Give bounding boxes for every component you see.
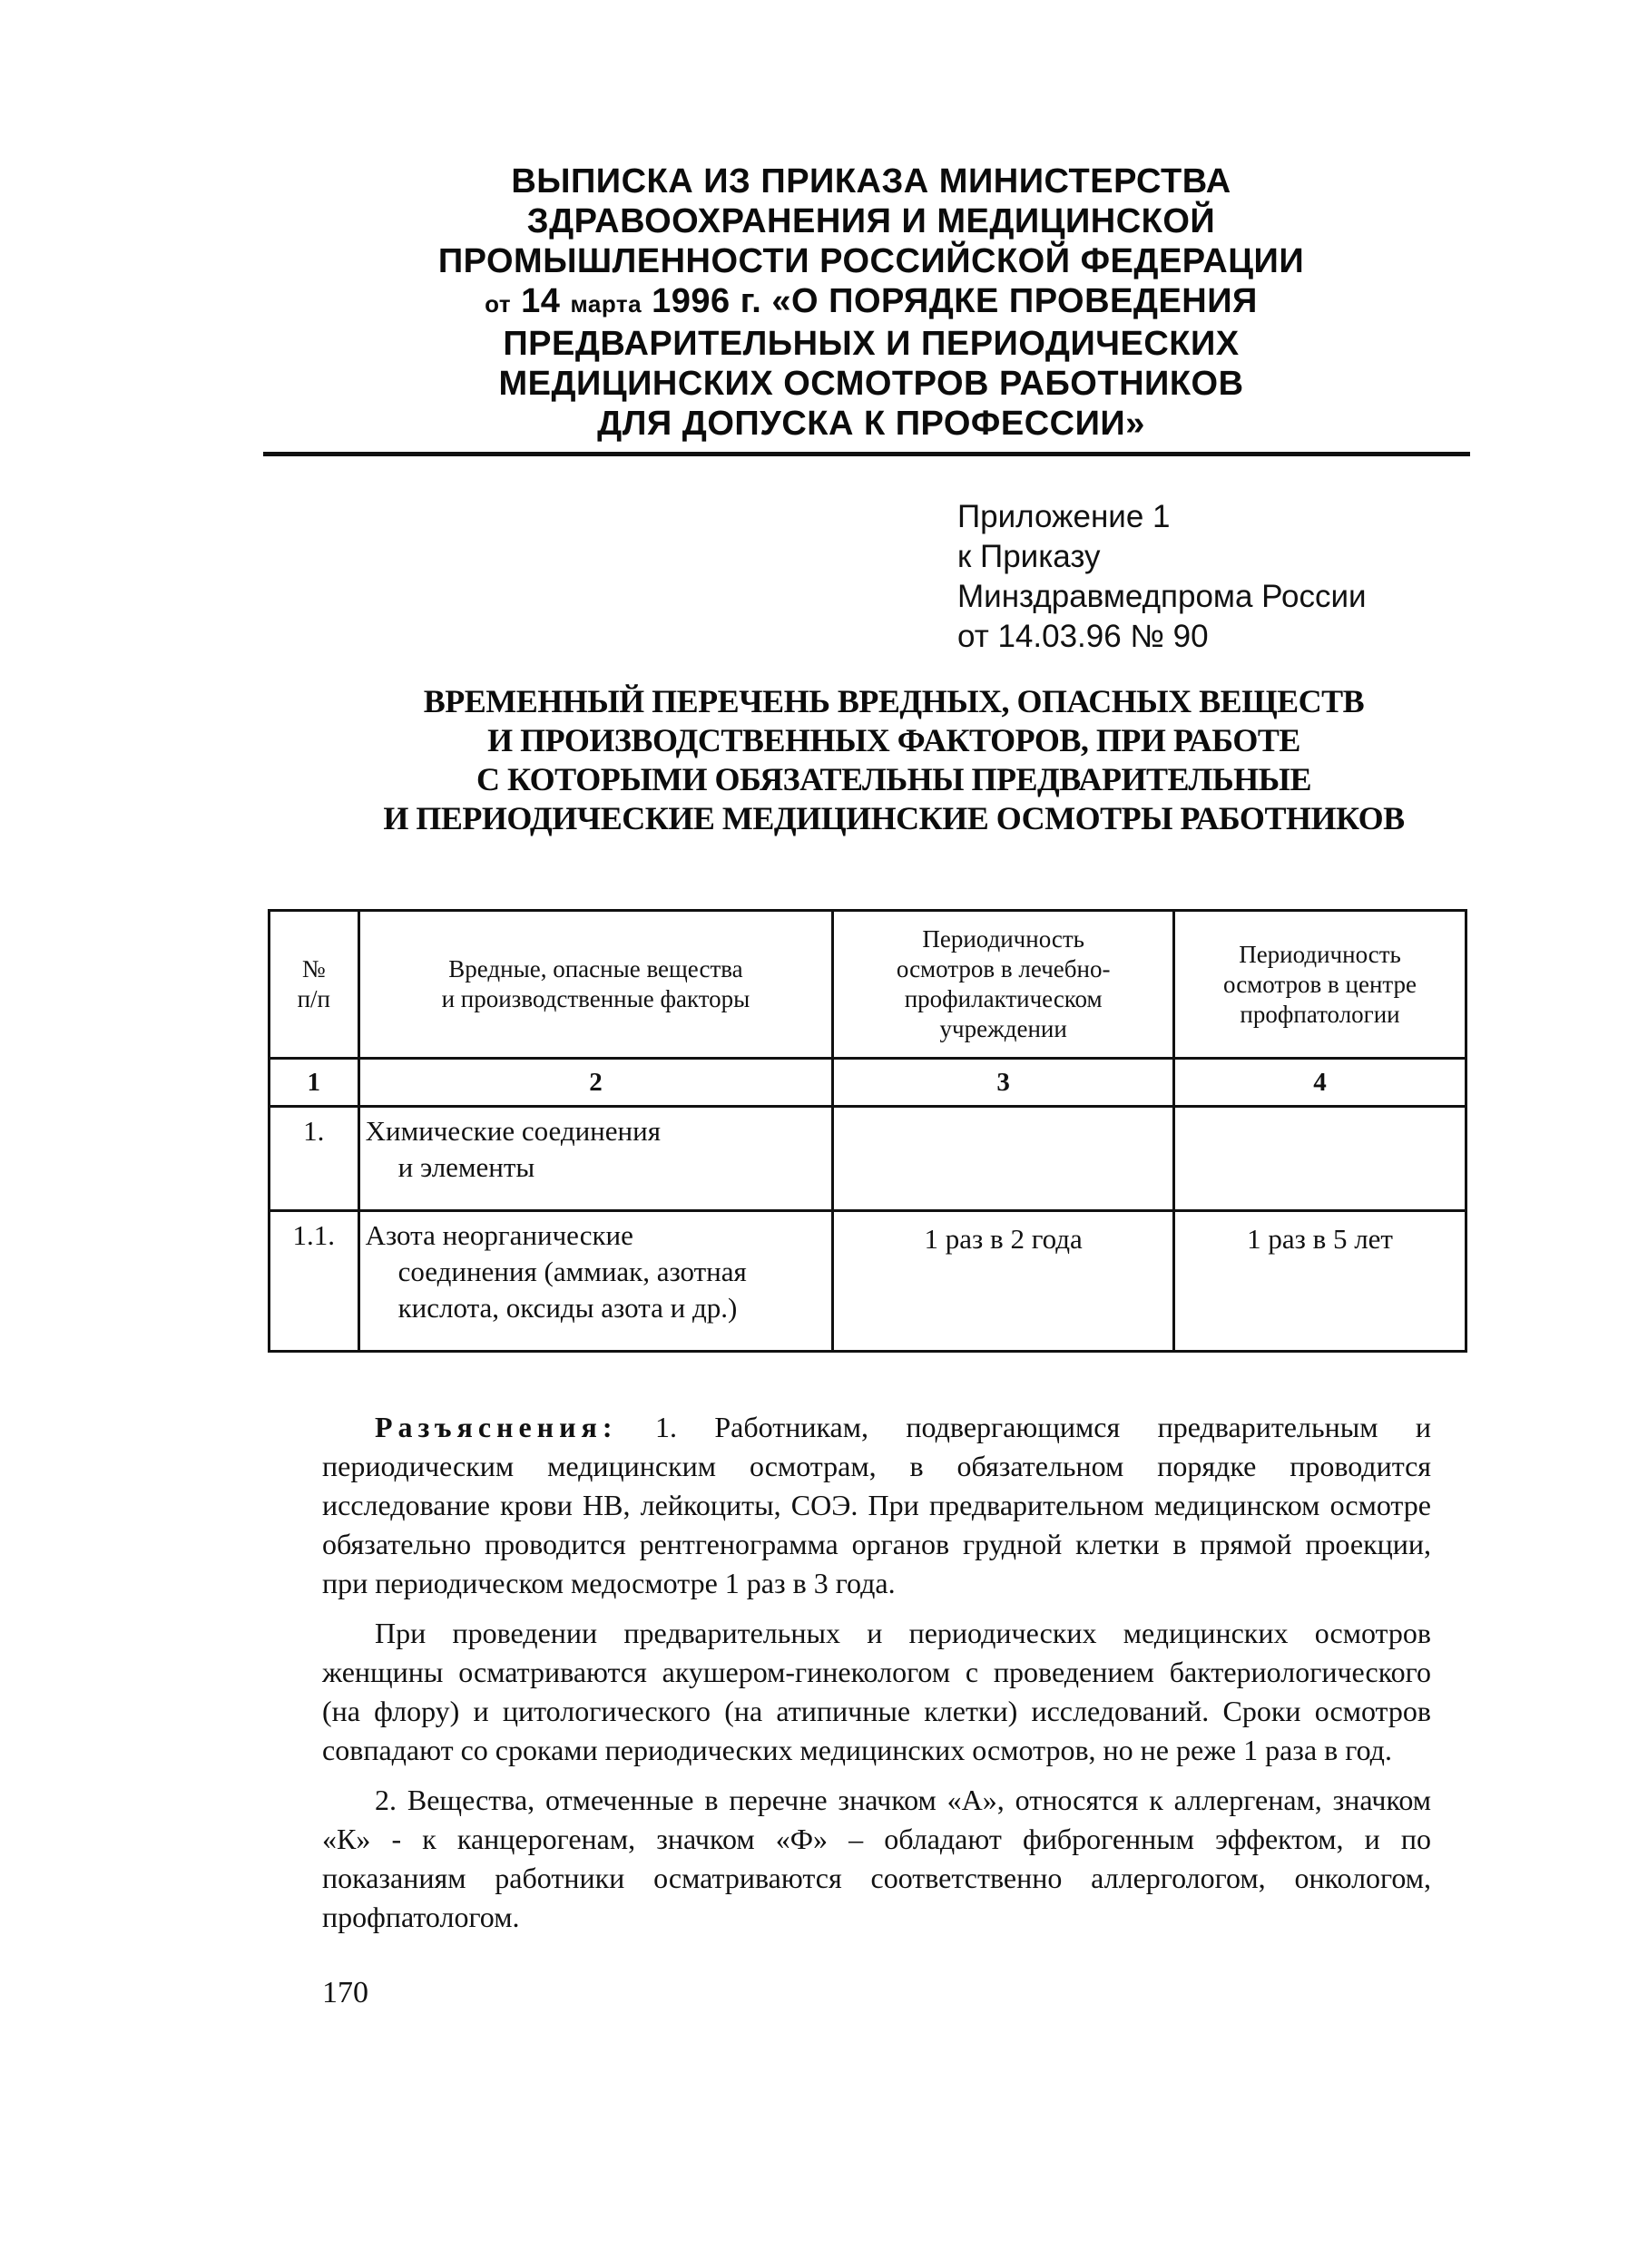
header-line: МЕДИЦИНСКИХ ОСМОТРОВ РАБОТНИКОВ (399, 364, 1343, 404)
column-number: 1 (270, 1059, 359, 1107)
hazards-table: №п/п Вредные, опасные веществаи производ… (268, 909, 1467, 1353)
date-month: марта (571, 290, 642, 318)
row-periodicity-center (1174, 1107, 1466, 1211)
list-title-line: и периодические медицинские осмотры рабо… (345, 799, 1443, 838)
header-substances: Вредные, опасные веществаи производствен… (358, 911, 833, 1059)
column-number: 2 (358, 1059, 833, 1107)
appendix-line: Приложение 1 (957, 497, 1429, 537)
page-number: 170 (322, 1976, 368, 2010)
explanation-paragraph-1: Разъяснения: 1. Работникам, подвергающим… (322, 1408, 1431, 1603)
appendix-reference: Приложение 1 к Приказу Минздравмедпрома … (957, 497, 1429, 657)
column-number: 3 (833, 1059, 1174, 1107)
table-row: 1.1. Азота неорганические соединения (ам… (270, 1211, 1466, 1352)
date-rest: 1996 г. «О ПОРЯДКЕ ПРОВЕДЕНИЯ (652, 282, 1258, 320)
list-title: Временный перечень вредных, опасных веще… (345, 682, 1443, 838)
header-line: ПРОМЫШЛЕННОСТИ РОССИЙСКОЙ ФЕДЕРАЦИИ (399, 241, 1343, 281)
header-periodicity-clinic: Периодичностьосмотров в лечебно-профилак… (833, 911, 1174, 1059)
appendix-line: Минздравмедпрома России (957, 577, 1429, 617)
row-number: 1.1. (270, 1211, 359, 1352)
date-prefix: от (485, 290, 511, 318)
row-periodicity-clinic (833, 1107, 1174, 1211)
header-line: ВЫПИСКА ИЗ ПРИКАЗА МИНИСТЕРСТВА (399, 161, 1343, 201)
list-title-line: и производственных факторов, при работе (345, 721, 1443, 760)
explanation-paragraph-3: 2. Вещества, отмеченные в перечне значко… (322, 1781, 1431, 1937)
row-substance: Азота неорганические соединения (аммиак,… (358, 1211, 833, 1352)
column-number: 4 (1174, 1059, 1466, 1107)
row-periodicity-clinic: 1 раз в 2 года (833, 1211, 1174, 1352)
row-periodicity-center: 1 раз в 5 лет (1174, 1211, 1466, 1352)
table-row: 1. Химические соединения и элементы (270, 1107, 1466, 1211)
row-substance: Химические соединения и элементы (358, 1107, 833, 1211)
explanations: Разъяснения: 1. Работникам, подвергающим… (322, 1408, 1431, 1948)
explanation-paragraph-2: При проведении предварительных и периоди… (322, 1614, 1431, 1770)
header-divider (263, 452, 1470, 456)
table-header-row: №п/п Вредные, опасные веществаи производ… (270, 911, 1466, 1059)
header-number: №п/п (270, 911, 359, 1059)
header-line: ДЛЯ ДОПУСКА К ПРОФЕССИИ» (399, 404, 1343, 444)
order-extract-title: ВЫПИСКА ИЗ ПРИКАЗА МИНИСТЕРСТВА ЗДРАВООХ… (399, 161, 1343, 444)
list-title-line: Временный перечень вредных, опасных веще… (345, 682, 1443, 721)
appendix-line: от 14.03.96 № 90 (957, 617, 1429, 657)
header-line: ПРЕДВАРИТЕЛЬНЫХ И ПЕРИОДИЧЕСКИХ (399, 324, 1343, 364)
substance-first-line: Азота неорганические (366, 1217, 827, 1254)
substance-continuation: соединения (аммиак, азотная кислота, окс… (366, 1254, 827, 1326)
substance-first-line: Химические соединения (366, 1113, 827, 1149)
appendix-line: к Приказу (957, 537, 1429, 577)
header-line: ЗДРАВООХРАНЕНИЯ И МЕДИЦИНСКОЙ (399, 201, 1343, 241)
explanations-label: Разъяснения: (375, 1411, 618, 1443)
substance-continuation: и элементы (366, 1149, 827, 1186)
column-number-row: 1 2 3 4 (270, 1059, 1466, 1107)
header-periodicity-center: Периодичностьосмотров в центрепрофпатоло… (1174, 911, 1466, 1059)
header-date-line: от 14 марта 1996 г. «О ПОРЯДКЕ ПРОВЕДЕНИ… (399, 281, 1343, 324)
list-title-line: с которыми обязательны предварительные (345, 760, 1443, 799)
row-number: 1. (270, 1107, 359, 1211)
date-day: 14 (521, 282, 560, 320)
